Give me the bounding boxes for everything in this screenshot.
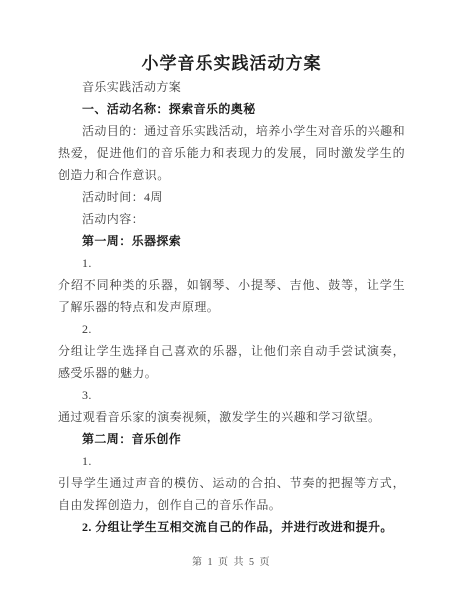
list-number: 3. — [58, 384, 405, 406]
list-item-text: 分组让学生选择自己喜欢的乐器，让他们亲自动手尝试演奏，感受乐器的魅力。 — [58, 340, 405, 384]
section-heading-week2: 第二周：音乐创作 — [58, 428, 405, 450]
page-number-footer: 第 1 页 共 5 页 — [58, 556, 405, 570]
paragraph-activity-purpose: 活动目的：通过音乐实践活动，培养小学生对音乐的兴趣和热爱，促进他们的音乐能力和表… — [58, 120, 405, 186]
list-item-text: 介绍不同种类的乐器，如钢琴、小提琴、吉他、鼓等，让学生了解乐器的特点和发声原理。 — [58, 274, 405, 318]
list-number: 1. — [58, 450, 405, 472]
list-item-text: 通过观看音乐家的演奏视频，激发学生的兴趣和学习欲望。 — [58, 406, 405, 428]
list-number: 2. — [58, 318, 405, 340]
document-page: 小学音乐实践活动方案 音乐实践活动方案 一、活动名称：探索音乐的奥秘 活动目的：… — [0, 0, 463, 600]
section-heading-activity-name: 一、活动名称：探索音乐的奥秘 — [58, 98, 405, 120]
paragraph-activity-content-label: 活动内容： — [58, 208, 405, 230]
paragraph-activity-time: 活动时间：4周 — [58, 186, 405, 208]
list-item-bold: 2. 分组让学生互相交流自己的作品，并进行改进和提升。 — [58, 516, 405, 538]
list-item-text: 引导学生通过声音的模仿、运动的合拍、节奏的把握等方式，自由发挥创造力，创作自己的… — [58, 472, 405, 516]
document-title: 小学音乐实践活动方案 — [58, 52, 405, 76]
section-heading-week1: 第一周：乐器探索 — [58, 230, 405, 252]
subtitle-line: 音乐实践活动方案 — [58, 76, 405, 98]
list-number: 1. — [58, 252, 405, 274]
